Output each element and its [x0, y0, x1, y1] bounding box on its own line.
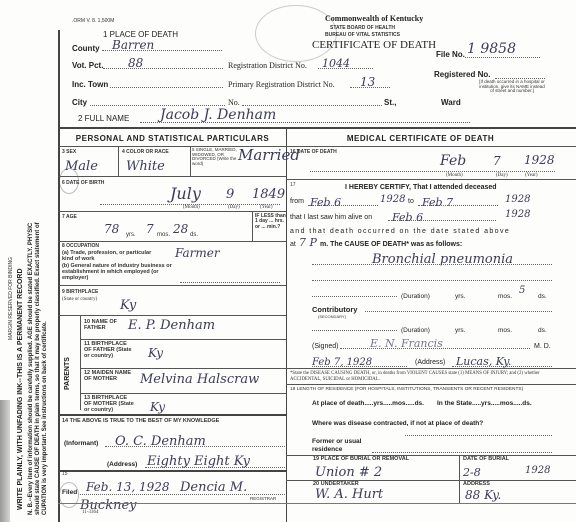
age-days[interactable]: 28: [173, 222, 188, 236]
medical-heading: MEDICAL CERTIFICATE OF DEATH: [288, 134, 553, 143]
divider: [58, 285, 286, 286]
duration-yrs-label: yrs.: [455, 293, 465, 300]
occupation-a-label: (a) Trade, profession, or particular kin…: [62, 251, 162, 263]
mother-birthplace-label: 13 BIRTHPLACE OF MOTHER (State or countr…: [84, 396, 134, 413]
parents-label: PARENTS: [64, 357, 71, 390]
occupation-label: 8 OCCUPATION: [62, 244, 99, 249]
signed-date-field[interactable]: Feb 7, 1928: [312, 352, 407, 367]
city-field[interactable]: [90, 93, 225, 106]
divider: [58, 503, 576, 504]
primary-reg-value: 13: [360, 75, 375, 89]
divider: [286, 384, 576, 385]
burial-label: 19 PLACE OF BURIAL OR REMOVAL: [313, 457, 409, 463]
duration-label: (Duration): [401, 293, 430, 300]
marital-label: 5 SINGLE, MARRIED, WIDOWED, OR DIVORCED …: [192, 148, 242, 167]
age-years[interactable]: 78: [104, 222, 119, 236]
divider: [459, 455, 460, 503]
vot-pct-field[interactable]: 88: [103, 54, 223, 69]
true-statement: 14 THE ABOVE IS TRUE TO THE BEST OF MY K…: [62, 419, 219, 425]
contributory-label: Contributory: [312, 305, 357, 314]
undertaker-address-value[interactable]: 88 Ky.: [465, 488, 501, 502]
cause-line-2[interactable]: [312, 272, 552, 281]
date-of-death-label: 16 DATE OF DEATH: [290, 150, 337, 155]
registered-no-field[interactable]: [495, 68, 545, 79]
signed-label: (Signed): [312, 343, 338, 350]
signed-address-field[interactable]: Lucas, Ky.: [452, 352, 552, 367]
contributory-field[interactable]: [365, 303, 552, 312]
day-caption: (Day): [228, 205, 240, 210]
to-date-field[interactable]: Feb 7: [418, 193, 498, 206]
registered-no-label: Registered No.: [434, 70, 490, 79]
birthplace-value[interactable]: Ky: [120, 298, 136, 313]
margin-write-plainly: WRITE PLAINLY, WITH UNFADING INK--THIS I…: [17, 269, 24, 511]
vot-pct-label: Vot. Pct.: [72, 61, 103, 70]
divider: [80, 368, 286, 369]
in-state-label: In the State.....yrs.....mos.....ds.: [437, 400, 559, 408]
print-code: 11-3364: [82, 510, 98, 515]
parents-divider: [80, 315, 81, 410]
informant-address-value: Eighty Eight Ky: [147, 454, 250, 469]
signed-address-value: Lucas, Ky.: [456, 355, 512, 368]
duration-mos-label: mos.: [498, 293, 512, 300]
from-year: 1928: [380, 194, 405, 205]
column-divider: [286, 128, 287, 522]
md-label: M. D.: [534, 343, 551, 350]
signed-field[interactable]: E. N. Francis: [340, 334, 530, 349]
filed-number: 15: [62, 472, 68, 477]
divider: [286, 179, 576, 180]
burial-value[interactable]: Union # 2: [315, 465, 382, 480]
informant-label: (Informant): [64, 440, 98, 447]
file-no-field[interactable]: 1 9858: [465, 40, 540, 58]
age-months[interactable]: 7: [146, 222, 154, 236]
burial-date-value[interactable]: 2-8: [463, 466, 481, 479]
margin-nb-line1: N. B.--Every item of information should …: [28, 223, 34, 515]
dod-month: Feb: [440, 153, 466, 169]
signed-date: Feb 7, 1928: [312, 357, 372, 368]
cause-text: m. The CAUSE OF DEATH* was as follows:: [320, 241, 462, 248]
vot-pct-value: 88: [128, 56, 143, 70]
city-label: City: [72, 98, 87, 107]
divider: [118, 146, 119, 176]
cause-field[interactable]: Bronchial pneumonia: [312, 250, 552, 265]
registrar-label: REGISTRAR: [250, 497, 276, 502]
reg-district-label: Registration District No.: [228, 61, 307, 70]
divider: [58, 176, 286, 177]
occupation-b-label: (b) General nature of industry business …: [62, 264, 182, 281]
informant-address-label: (Address): [107, 461, 137, 468]
color-value[interactable]: White: [126, 159, 165, 174]
secondary-label: (SECONDARY): [318, 315, 346, 319]
contrib-ds-label: ds.: [538, 327, 547, 334]
contracted-field[interactable]: [405, 429, 552, 436]
divider: [58, 414, 286, 416]
birthplace-label: 9 BIRTHPLACE: [62, 290, 98, 295]
divider: [58, 241, 286, 242]
occurred-text: and that death occurred on the date stat…: [290, 228, 510, 235]
month-caption: (Month): [183, 205, 200, 210]
father-name-value[interactable]: E. P. Denham: [128, 318, 215, 333]
bureau: BUREAU OF VITAL STATISTICS: [325, 33, 400, 38]
margin-nb-line3: CUPATION is very important. See instruct…: [42, 321, 48, 515]
reg-district-value: 1044: [322, 57, 350, 70]
filed-label: Filed: [62, 489, 77, 496]
divider: [58, 146, 576, 147]
form-left-border: [58, 30, 60, 522]
divider: [58, 127, 576, 129]
signed-address-label: (Address): [415, 359, 445, 366]
divider: [252, 211, 253, 241]
date-of-death-field[interactable]: [310, 161, 555, 172]
personal-heading: PERSONAL AND STATISTICAL PARTICULARS: [60, 134, 285, 143]
contracted-label: Where was disease contracted, if not at …: [312, 420, 552, 428]
primary-reg-field[interactable]: 13: [350, 73, 390, 88]
dod-day-caption: (Day): [496, 173, 508, 178]
residence-label: 18 LENGTH OF RESIDENCE (FOR HOSPITALS, I…: [290, 387, 558, 392]
dod-day: 7: [493, 154, 501, 168]
dob-month: July: [170, 184, 201, 203]
sex-label: 3 SEX: [62, 150, 76, 155]
father-birthplace-label: 11 BIRTHPLACE OF FATHER (State or countr…: [84, 342, 134, 359]
signed-value: E. N. Francis: [370, 337, 443, 350]
county-label: County: [72, 44, 100, 53]
contrib-yrs-label: yrs.: [455, 327, 465, 334]
mother-name-label: 12 MAIDEN NAME OF MOTHER: [84, 371, 134, 383]
full-name-field[interactable]: Jacob J. Denham: [140, 106, 470, 123]
burial-year: 1928: [525, 465, 550, 476]
informant-address-field[interactable]: Eighty Eight Ky: [145, 452, 285, 468]
dob-day: 9: [226, 187, 234, 202]
mother-birthplace-value[interactable]: Ky: [150, 400, 165, 414]
age-label: 7 AGE: [62, 215, 77, 220]
file-no-value: 1 9858: [467, 41, 516, 57]
commonwealth: Commonwealth of Kentucky: [325, 14, 423, 23]
board: STATE BOARD OF HEALTH: [330, 26, 395, 31]
reg-district-field[interactable]: 1044: [318, 54, 373, 69]
inc-town-field[interactable]: [110, 74, 223, 88]
form-title: CERTIFICATE OF DEATH: [312, 39, 436, 51]
to-label: to: [408, 198, 414, 205]
filed-field[interactable]: Feb. 13, 1928 Dencia M. Buckney: [80, 478, 285, 495]
ds-label: ds.: [190, 232, 198, 238]
file-no-label: File No.: [436, 50, 465, 59]
occupation-b-field[interactable]: [180, 276, 280, 283]
father-birthplace-value[interactable]: Ky: [148, 346, 163, 360]
full-name-label: 2 FULL NAME: [78, 114, 129, 123]
contrib-duration-label: (Duration): [401, 327, 430, 334]
year-caption: (Year): [260, 205, 273, 210]
last-saw-date: Feb 6: [392, 211, 423, 224]
duration-line[interactable]: [312, 288, 397, 297]
divider: [286, 368, 576, 369]
contrib-mos-label: mos.: [498, 327, 512, 334]
dod-year: 1928: [524, 153, 555, 167]
from-date: Feb 6: [310, 196, 341, 209]
sex-value[interactable]: Male: [65, 159, 98, 174]
divider: [190, 146, 191, 176]
duration-ds-value[interactable]: 5: [519, 285, 525, 296]
contributory-duration-line[interactable]: [312, 322, 397, 331]
divider: [58, 315, 286, 316]
form-number: .ORM V. 8. 1,500M: [72, 19, 114, 24]
from-date-field[interactable]: Feb 6: [308, 193, 378, 206]
dob-label: 6 DATE OF BIRTH: [62, 181, 104, 186]
time-value[interactable]: 7 P: [299, 236, 317, 249]
dod-year-caption: (Year): [525, 173, 538, 178]
last-saw-label: that I last saw him alive on: [290, 214, 372, 221]
inc-town-label: Inc. Town: [72, 80, 108, 89]
father-name-label: 10 NAME OF FATHER: [84, 320, 124, 332]
scan-edge-shadow: [0, 400, 10, 522]
divider: [80, 393, 286, 394]
filed-date: Feb. 13, 1928: [86, 480, 170, 494]
former-residence-field[interactable]: [372, 448, 552, 453]
at-label: at: [290, 241, 296, 248]
dod-month-caption: (Month): [446, 173, 463, 178]
certify-text: I HEREBY CERTIFY, That I attended deceas…: [345, 184, 497, 191]
birthplace-sub: (State or country): [62, 297, 97, 302]
footnote: *State the DISEASE CAUSING DEATH, or, in…: [290, 371, 558, 383]
occupation-value[interactable]: Farmer: [175, 246, 220, 260]
burial-date-label: DATE OF BURIAL: [463, 457, 509, 463]
yrs-label: yrs.: [126, 232, 136, 238]
to-year: 1928: [505, 194, 530, 205]
margin-nb-line2: should state CAUSE OF DEATH in plain ter…: [35, 222, 41, 515]
divider: [58, 470, 286, 472]
at-place-label: At place of death.....yrs.....mos.....ds…: [312, 400, 432, 408]
duration-ds-label: ds.: [538, 293, 547, 300]
divider: [80, 339, 286, 340]
last-saw-year: 1928: [505, 209, 530, 220]
color-label: 4 COLOR OR RACE: [122, 150, 169, 155]
primary-reg-label: Primary Registration District No.: [228, 80, 335, 89]
from-label: from: [290, 198, 304, 205]
street-field[interactable]: [242, 93, 382, 106]
undertaker-value[interactable]: W. A. Hurt: [315, 487, 383, 502]
county-value: Barren: [112, 38, 154, 52]
county-field[interactable]: Barren: [102, 36, 222, 51]
dob-year: 1849: [252, 187, 285, 202]
full-name-value: Jacob J. Denham: [160, 107, 276, 123]
certify-number: 17: [290, 183, 296, 188]
if-less-label: IF LESS than 1 day ... hrs. or ... min.?: [255, 214, 287, 230]
last-saw-field[interactable]: Feb 6: [388, 208, 496, 221]
hospital-note: [If death occurred in a hospital or inst…: [477, 80, 547, 94]
mother-name-value[interactable]: Melvina Halscraw: [140, 372, 259, 387]
informant-value: O. C. Denham: [115, 434, 206, 449]
undertaker-address-label: ADDRESS: [463, 482, 490, 488]
margin-binding-text: MARGIN RESERVED FOR BINDING: [9, 257, 14, 340]
cause-value: Bronchial pneumonia: [372, 252, 513, 267]
informant-field[interactable]: O. C. Denham: [105, 432, 285, 447]
mos-label: mos.: [157, 232, 170, 238]
